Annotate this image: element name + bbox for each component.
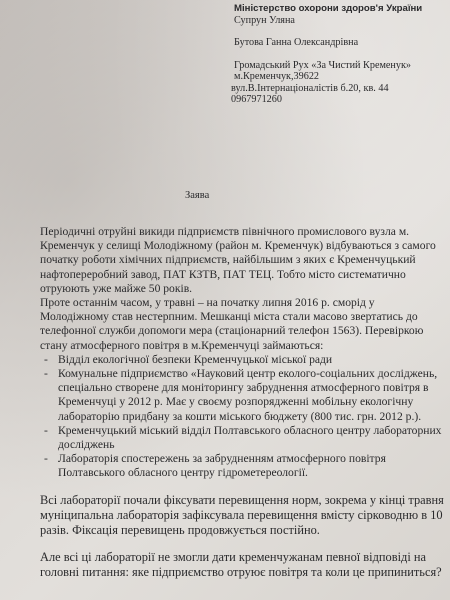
sender-phone: 0967971260 <box>231 94 422 106</box>
list-item: Відділ екологічної безпеки Кременчуцької… <box>40 353 445 367</box>
paragraph-3: Всі лабораторії почали фіксувати перевищ… <box>40 493 445 538</box>
sender-city: м.Кременчук,39622 <box>234 71 422 83</box>
document-title: Заява <box>185 190 209 201</box>
laboratory-list: Відділ екологічної безпеки Кременчуцької… <box>40 353 445 481</box>
paragraph-1: Періодичні отруйні викиди підприємств пі… <box>40 225 445 296</box>
paragraph-2: Проте останнім часом, у травні – на поча… <box>40 296 445 353</box>
document-body: Періодичні отруйні викиди підприємств пі… <box>40 225 445 580</box>
ministry-name: Міністерство охорони здоров'я України <box>234 3 422 15</box>
sender-organization: Громадський Рух «За Чистий Кременук» <box>234 60 422 72</box>
sender-street: вул.В.Інтернаціоналістів б.20, кв. 44 <box>231 83 422 95</box>
paragraph-4: Але всі ці лабораторії не змогли дати кр… <box>40 550 445 580</box>
list-item: Лабораторія спостережень за забрудненням… <box>40 452 445 480</box>
list-item: Комунальне підприємство «Науковий центр … <box>40 367 445 424</box>
sender-name: Бутова Ганна Олександрівна <box>234 37 422 49</box>
addressee-block: Міністерство охорони здоров'я України Су… <box>234 3 422 106</box>
list-item: Кременчуцький міський відділ Полтавськог… <box>40 424 445 452</box>
minister-name: Супрун Уляна <box>234 15 422 27</box>
photographed-document-page: Міністерство охорони здоров'я України Су… <box>0 0 450 600</box>
